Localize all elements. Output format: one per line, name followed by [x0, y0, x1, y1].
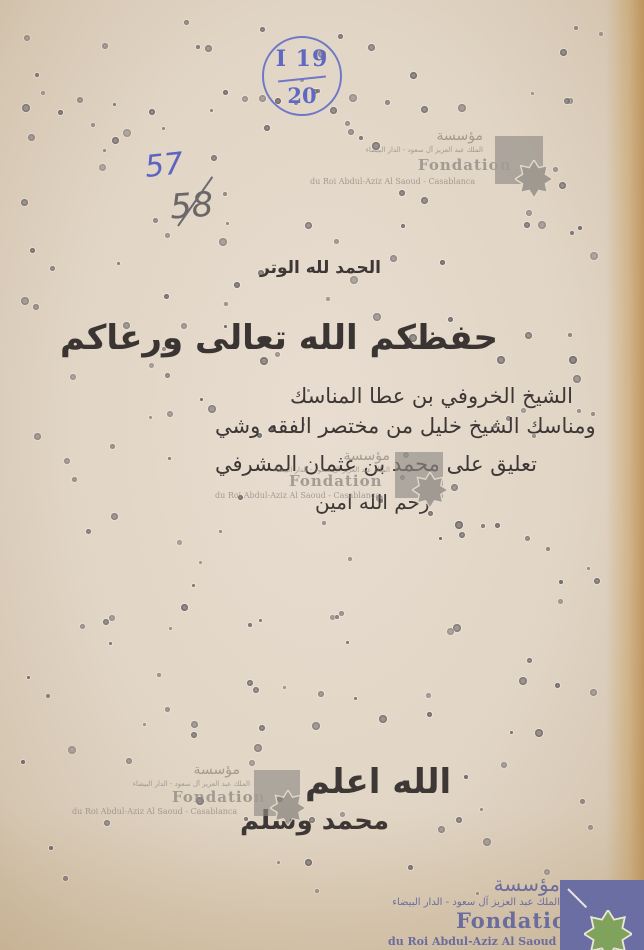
worm-hole	[149, 363, 154, 368]
worm-hole	[497, 356, 505, 364]
worm-hole	[157, 673, 161, 677]
worm-hole	[181, 604, 188, 611]
worm-hole	[456, 817, 462, 823]
worm-hole	[58, 110, 63, 115]
worm-hole	[41, 91, 45, 95]
watermark-bottom: مؤسسة الملك عبد العزيز آل سعود - الدار ا…	[100, 762, 300, 822]
manuscript-heading: الحمد لله الوتر	[260, 258, 381, 278]
worm-hole	[21, 199, 28, 206]
worm-hole	[510, 731, 513, 734]
watermark-center: مؤسسة الملك عبد العزيز آل سعود - الدار ا…	[290, 448, 450, 508]
worm-hole	[164, 294, 169, 299]
worm-hole	[334, 239, 339, 244]
worm-hole	[348, 129, 354, 135]
worm-hole	[339, 611, 344, 616]
brand-logo-slash	[567, 888, 587, 908]
worm-hole	[458, 104, 466, 112]
worm-hole	[219, 530, 222, 533]
worm-hole	[426, 693, 431, 698]
worm-hole	[177, 540, 182, 545]
worm-hole	[574, 26, 578, 30]
worm-hole	[421, 106, 428, 113]
brand-arabic-subtitle: الملك عبد العزيز آل سعود - الدار البيضاء	[392, 897, 560, 908]
watermark-french-subtitle: du Roi Abdul-Aziz Al Saoud - Casablanca	[72, 807, 237, 816]
worm-hole	[184, 20, 189, 25]
worm-hole	[527, 658, 532, 663]
worm-hole	[359, 136, 363, 140]
worm-hole	[123, 129, 131, 137]
worm-hole	[599, 32, 603, 36]
worm-hole	[322, 521, 326, 525]
worm-hole	[162, 127, 165, 130]
worm-hole	[102, 43, 108, 49]
brand-logo: مؤسسة الملك عبد العزيز آل سعود - الدار ا…	[400, 872, 644, 950]
worm-hole	[427, 712, 432, 717]
worm-hole	[453, 624, 461, 632]
manuscript-page: I 19 20 57 58 الحمد لله الوتر حفظكم الله…	[0, 0, 644, 950]
library-stamp: I 19 20	[262, 36, 342, 116]
worm-hole	[223, 90, 228, 95]
worm-hole	[208, 405, 216, 413]
worm-hole	[564, 98, 570, 104]
worm-hole	[338, 34, 343, 39]
worm-hole	[390, 255, 397, 262]
worm-hole	[248, 623, 252, 627]
worm-hole	[345, 121, 350, 126]
worm-hole	[385, 100, 390, 105]
worm-hole	[153, 218, 158, 223]
worm-hole	[63, 876, 68, 881]
worm-hole	[283, 686, 286, 689]
worm-hole	[305, 859, 312, 866]
worm-hole	[169, 627, 172, 630]
worm-hole	[260, 357, 268, 365]
worm-hole	[335, 615, 339, 619]
worm-hole	[553, 167, 558, 172]
worm-hole	[538, 221, 546, 229]
worm-hole	[264, 125, 270, 131]
worm-hole	[103, 619, 109, 625]
worm-hole	[149, 416, 152, 419]
worm-hole	[560, 49, 567, 56]
manuscript-line: ومناسك الشيخ خليل من مختصر الفقه وشي	[215, 414, 596, 438]
manuscript-closing: الله اعلم	[305, 762, 451, 802]
worm-hole	[455, 521, 463, 529]
worm-hole	[408, 865, 413, 870]
watermark-arabic-subtitle: الملك عبد العزيز آل سعود - الدار البيضاء	[133, 780, 250, 788]
worm-hole	[22, 104, 30, 112]
worm-hole	[191, 732, 197, 738]
worm-hole	[569, 356, 577, 364]
worm-hole	[91, 123, 95, 127]
worm-hole	[80, 624, 85, 629]
worm-hole	[33, 304, 39, 310]
worm-hole	[167, 411, 173, 417]
brand-star-icon	[584, 910, 632, 950]
worm-hole	[354, 697, 357, 700]
worm-hole	[501, 762, 507, 768]
worm-hole	[109, 642, 112, 645]
stamp-shelf-number: I 19	[264, 46, 340, 72]
worm-hole	[573, 375, 581, 383]
worm-hole	[349, 94, 357, 102]
worm-hole	[30, 248, 35, 253]
worm-hole	[481, 524, 485, 528]
worm-hole	[259, 619, 262, 622]
worm-hole	[277, 861, 280, 864]
worm-hole	[326, 297, 330, 301]
worm-hole	[46, 694, 50, 698]
manuscript-line: الشيخ الخروفي بن عطا المناسك	[290, 384, 573, 408]
worm-hole	[247, 680, 253, 686]
worm-hole	[200, 398, 203, 401]
worm-hole	[70, 374, 76, 380]
worm-hole	[112, 137, 119, 144]
worm-hole	[464, 775, 468, 779]
worm-hole	[21, 760, 25, 764]
worm-hole	[368, 44, 375, 51]
watermark-french-title: Fondation	[289, 472, 383, 490]
worm-hole	[438, 826, 445, 833]
watermark-arabic-title: مؤسسة	[344, 448, 390, 464]
watermark-french-subtitle: du Roi Abdul-Aziz Al Saoud - Casablanca	[310, 177, 475, 186]
worm-hole	[165, 707, 170, 712]
worm-hole	[99, 164, 106, 171]
worm-hole	[110, 444, 115, 449]
worm-hole	[72, 477, 77, 482]
worm-hole	[196, 45, 200, 49]
worm-hole	[399, 190, 405, 196]
worm-hole	[559, 182, 566, 189]
worm-hole	[495, 523, 500, 528]
worm-hole	[49, 846, 53, 850]
worm-hole	[143, 723, 146, 726]
worm-hole	[210, 109, 213, 112]
worm-hole	[260, 27, 265, 32]
worm-hole	[559, 580, 563, 584]
worm-hole	[211, 155, 217, 161]
worm-hole	[546, 547, 550, 551]
worm-hole	[77, 97, 83, 103]
worm-hole	[521, 408, 526, 413]
worm-hole	[318, 691, 324, 697]
watermark-star-icon	[412, 472, 448, 508]
worm-hole	[483, 838, 491, 846]
worm-hole	[531, 92, 534, 95]
watermark-star-icon	[270, 790, 306, 826]
worm-hole	[205, 45, 212, 52]
worm-hole	[588, 825, 593, 830]
brand-arabic-title: مؤسسة	[494, 872, 560, 896]
stamp-item-number: 20	[264, 83, 340, 108]
worm-hole	[480, 808, 483, 811]
worm-hole	[226, 222, 229, 225]
worm-hole	[526, 210, 532, 216]
watermark-arabic-title: مؤسسة	[194, 762, 240, 778]
worm-hole	[459, 532, 465, 538]
worm-hole	[27, 676, 30, 679]
worm-hole	[191, 721, 198, 728]
worm-hole	[312, 722, 320, 730]
worm-hole	[577, 409, 581, 413]
worm-hole	[568, 333, 572, 337]
worm-hole	[451, 484, 458, 491]
worm-hole	[315, 889, 319, 893]
worm-hole	[253, 687, 259, 693]
watermark-top: مؤسسة الملك عبد العزيز آل سعود - الدار ا…	[380, 128, 545, 188]
worm-hole	[219, 238, 227, 246]
worm-hole	[525, 332, 532, 339]
worm-hole	[50, 266, 55, 271]
worm-hole	[103, 149, 106, 152]
worm-hole	[149, 109, 155, 115]
worm-hole	[346, 641, 349, 644]
worm-hole	[519, 677, 527, 685]
worm-hole	[34, 433, 41, 440]
worm-hole	[109, 615, 115, 621]
worm-hole	[525, 536, 530, 541]
worm-hole	[348, 557, 352, 561]
worm-hole	[254, 744, 262, 752]
worm-hole	[168, 457, 171, 460]
worm-hole	[28, 134, 35, 141]
worm-hole	[410, 72, 417, 79]
worm-hole	[580, 799, 585, 804]
worm-hole	[590, 252, 598, 260]
watermark-french-subtitle: du Roi Abdul-Aziz Al Saoud - Casablanca	[215, 491, 380, 500]
worm-hole	[570, 231, 574, 235]
watermark-star-icon	[515, 160, 553, 198]
worm-hole	[259, 725, 265, 731]
page-edge-stain	[606, 0, 644, 950]
worm-hole	[440, 260, 445, 265]
worm-hole	[401, 224, 405, 228]
worm-hole	[305, 222, 312, 229]
worm-hole	[35, 73, 39, 77]
worm-hole	[21, 297, 29, 305]
worm-hole	[447, 628, 454, 635]
worm-hole	[111, 513, 118, 520]
worm-hole	[234, 282, 240, 288]
worm-hole	[421, 197, 428, 204]
worm-hole	[558, 599, 563, 604]
worm-hole	[117, 262, 120, 265]
worm-hole	[199, 561, 202, 564]
worm-hole	[594, 578, 600, 584]
worm-hole	[439, 537, 442, 540]
watermark-arabic-title: مؤسسة	[437, 128, 483, 144]
watermark-arabic-subtitle: الملك عبد العزيز آل سعود - الدار البيضاء	[366, 146, 483, 154]
worm-hole	[165, 233, 170, 238]
worm-hole	[64, 458, 70, 464]
worm-hole	[330, 107, 337, 114]
worm-hole	[224, 302, 228, 306]
worm-hole	[24, 35, 30, 41]
worm-hole	[587, 567, 590, 570]
worm-hole	[113, 103, 116, 106]
worm-hole	[555, 683, 560, 688]
worm-hole	[86, 529, 91, 534]
folio-number-blue: 57	[143, 146, 185, 185]
manuscript-title: حفظكم الله تعالى ورعاكم	[60, 318, 498, 358]
watermark-french-title: Fondation	[172, 788, 266, 806]
worm-hole	[192, 584, 195, 587]
worm-hole	[590, 689, 597, 696]
worm-hole	[242, 96, 248, 102]
worm-hole	[578, 226, 582, 230]
stamp-divider	[278, 75, 326, 82]
worm-hole	[68, 746, 76, 754]
worm-hole	[524, 222, 530, 228]
worm-hole	[223, 192, 227, 196]
worm-hole	[165, 373, 170, 378]
worm-hole	[535, 729, 543, 737]
worm-hole	[379, 715, 387, 723]
